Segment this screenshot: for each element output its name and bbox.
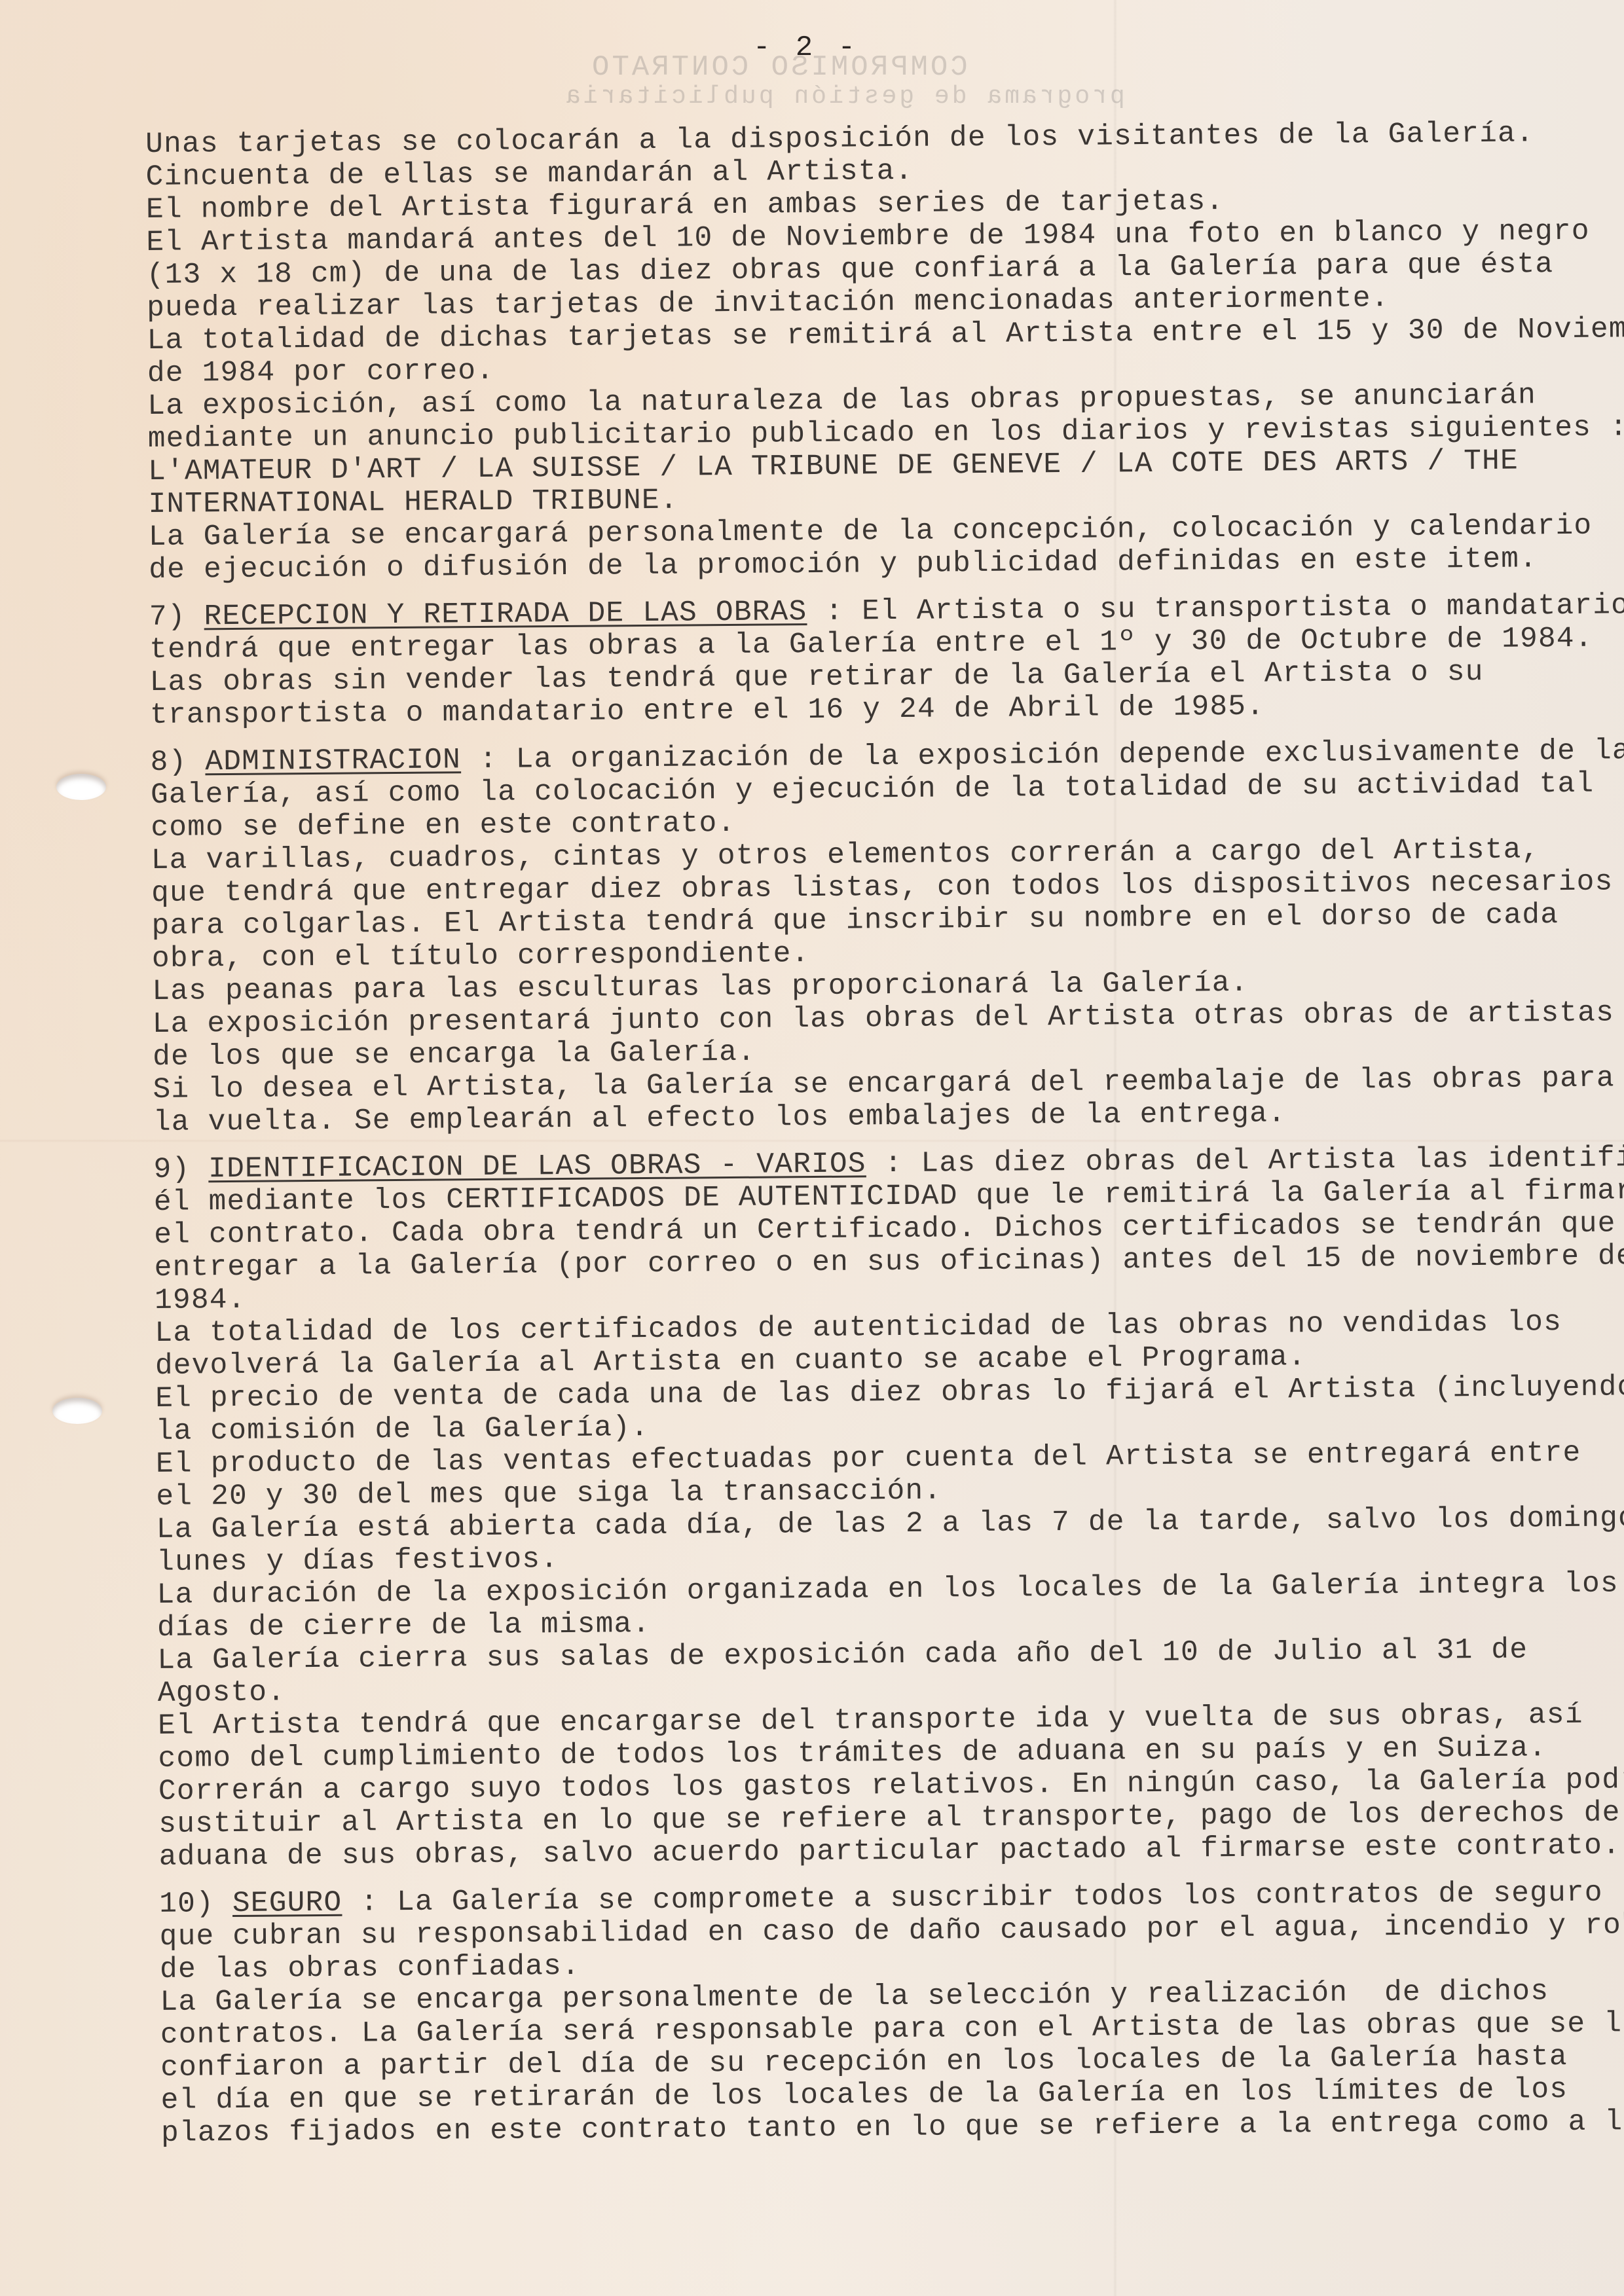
page-number: - 2 - <box>753 31 859 64</box>
section-heading: RECEPCION Y RETIRADA DE LAS OBRAS <box>204 596 807 633</box>
body-line: días de cierre de la misma. <box>157 1608 651 1645</box>
section-number: 10) <box>159 1887 214 1921</box>
punch-hole-icon <box>56 774 106 800</box>
punch-hole-icon <box>52 1398 102 1424</box>
body-line: Unas tarjetas se colocarán a la disposic… <box>145 117 1534 161</box>
body-line: INTERNATIONAL HERALD TRIBUNE. <box>148 484 678 521</box>
body-line: 1984. <box>155 1284 246 1317</box>
paper-fold-horizontal <box>0 1139 1624 1142</box>
body-line: de los que se encarga la Galería. <box>153 1036 756 1074</box>
document-body: Unas tarjetas se colocarán a la disposic… <box>145 117 1586 128</box>
body-line: Agosto. <box>158 1676 286 1710</box>
section-heading: IDENTIFICACION DE LAS OBRAS - VARIOS <box>208 1148 866 1186</box>
section-heading: SEGURO <box>232 1887 342 1920</box>
section-text: : Las diez obras del Artista las identif… <box>866 1141 1624 1180</box>
section-number: 8) <box>150 746 187 779</box>
body-line: lunes y días festivos. <box>157 1543 559 1579</box>
body-line: como se define en este contrato. <box>151 807 735 845</box>
body-line: la comisión de la Galería). <box>155 1412 649 1448</box>
bleed-through-text: programa de gestión publicitaria <box>563 82 1125 111</box>
section-heading: ADMINISTRACION <box>205 744 461 778</box>
section-number: 9) <box>153 1154 190 1186</box>
body-line: de las obras confiadas. <box>160 1950 580 1986</box>
body-line: de 1984 por correo. <box>147 355 495 390</box>
section-number: 7) <box>149 601 186 634</box>
body-line: obra, con el título correspondiente. <box>152 938 810 975</box>
body-line: Cincuenta de ellas se mandarán al Artist… <box>145 155 913 194</box>
body-line: La totalidad de los certificados de aute… <box>155 1306 1562 1350</box>
